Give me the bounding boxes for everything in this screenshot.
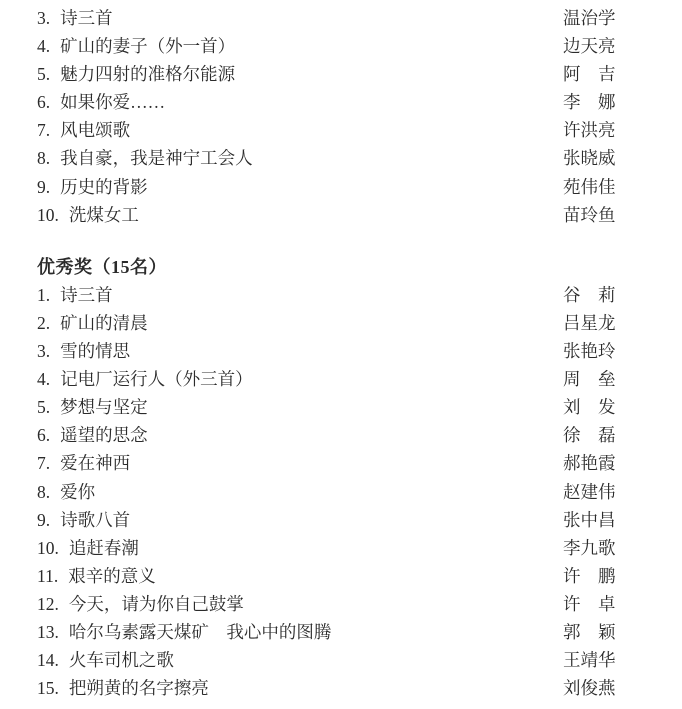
entry-number: 7. (37, 116, 50, 144)
entry-title: 诗三首 (60, 8, 113, 28)
entry-row: 13.哈尔乌素露天煤矿 我心中的图腾郭 颖 (37, 618, 662, 646)
entry-number: 1. (37, 281, 50, 309)
award-section-excellence: 优秀奖（15名）1.诗三首谷 莉2.矿山的清晨吕星龙3.雪的情思张艳玲4.记电厂… (37, 253, 662, 703)
entry-row: 1.诗三首谷 莉 (37, 281, 662, 309)
entry-author: 许洪亮 (563, 116, 616, 144)
entry-author: 许 卓 (563, 590, 616, 618)
entry-author: 苑伟佳 (563, 173, 616, 201)
entry-number: 6. (37, 88, 50, 116)
entry-number: 2. (37, 309, 50, 337)
entry-title: 爱你 (60, 482, 95, 502)
entry-title: 梦想与坚定 (60, 397, 148, 417)
entry-row: 5.梦想与坚定刘 发 (37, 393, 662, 421)
entry-row: 9.历史的背影苑伟佳 (37, 173, 662, 201)
entry-number: 10. (37, 534, 59, 562)
entry-title: 艰辛的意义 (68, 566, 156, 586)
entry-number: 13. (37, 618, 59, 646)
entry-number: 7. (37, 449, 50, 477)
entry-row: 7.爱在神西郝艳霞 (37, 449, 662, 477)
entry-author: 赵建伟 (563, 478, 616, 506)
entry-author: 周 垒 (563, 365, 616, 393)
entry-row: 10.洗煤女工苗玲鱼 (37, 201, 662, 229)
entry-row: 4.记电厂运行人（外三首）周 垒 (37, 365, 662, 393)
entry-author: 刘 发 (563, 393, 616, 421)
entry-title: 把朔黄的名字擦亮 (69, 678, 209, 698)
entry-number: 9. (37, 506, 50, 534)
entry-title: 风电颂歌 (60, 120, 130, 140)
entry-author: 张中昌 (563, 506, 616, 534)
entry-title: 诗歌八首 (60, 510, 130, 530)
entry-author: 李九歌 (563, 534, 616, 562)
entry-title: 矿山的妻子（外一首） (60, 36, 235, 56)
entry-row: 7.风电颂歌许洪亮 (37, 116, 662, 144)
entry-row: 8.爱你赵建伟 (37, 478, 662, 506)
entry-row: 8.我自豪，我是神宁工会人张晓威 (37, 144, 662, 172)
entry-author: 温治学 (563, 4, 616, 32)
entry-number: 5. (37, 393, 50, 421)
entry-number: 12. (37, 590, 59, 618)
entry-number: 3. (37, 337, 50, 365)
entry-row: 9.诗歌八首张中昌 (37, 506, 662, 534)
entry-row: 15.把朔黄的名字擦亮刘俊燕 (37, 674, 662, 702)
entry-author: 阿 吉 (563, 60, 616, 88)
entry-row: 6.如果你爱……李 娜 (37, 88, 662, 116)
entry-author: 张晓威 (563, 144, 616, 172)
entry-title: 哈尔乌素露天煤矿 我心中的图腾 (69, 622, 332, 642)
section-heading: 优秀奖（15名） (37, 253, 662, 281)
entry-number: 5. (37, 60, 50, 88)
entry-number: 4. (37, 365, 50, 393)
entry-number: 6. (37, 421, 50, 449)
entry-number: 11. (37, 562, 58, 590)
entry-title: 魅力四射的准格尔能源 (60, 64, 235, 84)
entry-author: 吕星龙 (563, 309, 616, 337)
entry-number: 4. (37, 32, 50, 60)
entry-title: 雪的情思 (60, 341, 130, 361)
entry-title: 历史的背影 (60, 177, 148, 197)
entry-row: 11.艰辛的意义许 鹏 (37, 562, 662, 590)
entry-number: 15. (37, 674, 59, 702)
entry-number: 8. (37, 144, 50, 172)
entry-title: 诗三首 (60, 285, 113, 305)
entry-author: 郝艳霞 (563, 449, 616, 477)
entry-row: 5.魅力四射的准格尔能源阿 吉 (37, 60, 662, 88)
entry-row: 6.遥望的思念徐 磊 (37, 421, 662, 449)
entry-row: 3.雪的情思张艳玲 (37, 337, 662, 365)
entry-author: 谷 莉 (563, 281, 616, 309)
entry-author: 边天亮 (563, 32, 616, 60)
entry-title: 我自豪，我是神宁工会人 (60, 148, 253, 168)
entry-author: 张艳玲 (563, 337, 616, 365)
entry-title: 如果你爱…… (60, 92, 165, 112)
entry-author: 李 娜 (563, 88, 616, 116)
entry-title: 遥望的思念 (60, 425, 148, 445)
entry-title: 爱在神西 (60, 453, 130, 473)
entry-row: 3.诗三首温治学 (37, 4, 662, 32)
entry-author: 许 鹏 (563, 562, 616, 590)
entry-author: 郭 颖 (563, 618, 616, 646)
entry-author: 王靖华 (563, 646, 616, 674)
entry-author: 刘俊燕 (563, 674, 616, 702)
entry-row: 12.今天，请为你自己鼓掌许 卓 (37, 590, 662, 618)
entry-number: 3. (37, 4, 50, 32)
entry-title: 火车司机之歌 (69, 650, 174, 670)
entry-title: 今天，请为你自己鼓掌 (69, 594, 244, 614)
award-section-continued: 3.诗三首温治学4.矿山的妻子（外一首）边天亮5.魅力四射的准格尔能源阿 吉6.… (37, 4, 662, 229)
entry-title: 洗煤女工 (69, 205, 139, 225)
entry-title: 追赶春潮 (69, 538, 139, 558)
entry-row: 4.矿山的妻子（外一首）边天亮 (37, 32, 662, 60)
entry-title: 矿山的清晨 (60, 313, 148, 333)
entry-number: 8. (37, 478, 50, 506)
entry-author: 徐 磊 (563, 421, 616, 449)
entry-row: 14.火车司机之歌王靖华 (37, 646, 662, 674)
entry-row: 2.矿山的清晨吕星龙 (37, 309, 662, 337)
entry-number: 14. (37, 646, 59, 674)
entry-author: 苗玲鱼 (563, 201, 616, 229)
awards-document-page: 3.诗三首温治学4.矿山的妻子（外一首）边天亮5.魅力四射的准格尔能源阿 吉6.… (0, 0, 682, 709)
entry-number: 10. (37, 201, 59, 229)
entry-row: 10.追赶春潮李九歌 (37, 534, 662, 562)
entry-title: 记电厂运行人（外三首） (60, 369, 253, 389)
entry-number: 9. (37, 173, 50, 201)
